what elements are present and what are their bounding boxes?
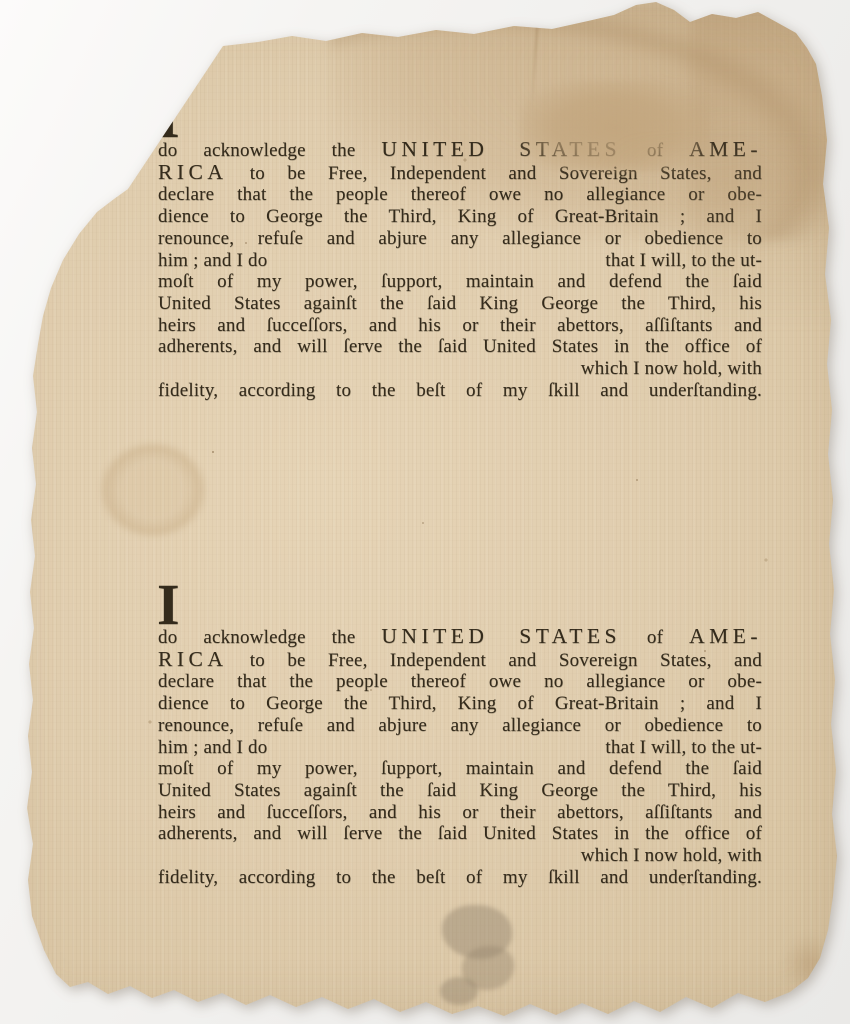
line-2-caps-rica: RICA — [158, 647, 227, 671]
oath-line-8: United States againſt the ſaid King Geor… — [158, 293, 762, 315]
oath-line-10: adherents, and will ſerve the ſaid Unite… — [158, 336, 762, 358]
paper-shadow: I do acknowledge the UNITED STATES of AM… — [0, 0, 850, 1024]
oath-line-7: moſt of my power, ſupport, maintain and … — [158, 758, 762, 780]
line-6-left: him ; and I do — [158, 737, 267, 759]
line-1-pre: do acknowledge the — [158, 627, 355, 648]
line-2-caps-rica: RICA — [158, 160, 227, 184]
line-6-left: him ; and I do — [158, 250, 267, 272]
line-1-mid: of — [647, 627, 663, 648]
oath-line-1: do acknowledge the UNITED STATES of AME- — [158, 626, 762, 649]
oath-line-5: renounce, refuſe and abjure any allegian… — [158, 715, 762, 737]
oath-line-12: fidelity, according to the beſt of my ſk… — [158, 380, 762, 402]
oath-line-12: fidelity, according to the beſt of my ſk… — [158, 867, 762, 889]
oath-line-6: him ; and I dothat I will, to the ut- — [158, 250, 762, 272]
document-paper: I do acknowledge the UNITED STATES of AM… — [0, 0, 850, 1024]
line-1-caps-united-states: UNITED STATES — [381, 624, 621, 648]
oath-line-7: moſt of my power, ſupport, maintain and … — [158, 271, 762, 293]
drop-cap-initial: I — [157, 579, 762, 626]
stain-soft-overlay — [600, 140, 820, 250]
oath-line-10: adherents, and will ſerve the ſaid Unite… — [158, 823, 762, 845]
oath-line-2: RICA to be Free, Independent and Soverei… — [158, 649, 762, 672]
oath-line-11: which I now hold, with — [158, 358, 762, 380]
oath-line-11: which I now hold, with — [158, 845, 762, 867]
oath-block-2: I do acknowledge the UNITED STATES of AM… — [158, 579, 762, 888]
oath-line-8: United States againſt the ſaid King Geor… — [158, 780, 762, 802]
line-6-right: that I will, to the ut- — [605, 250, 762, 272]
line-6-right: that I will, to the ut- — [605, 737, 762, 759]
oath-line-3: declare that the people thereof owe no a… — [158, 671, 762, 693]
oath-line-4: dience to George the Third, King of Grea… — [158, 693, 762, 715]
scanner-bed: I do acknowledge the UNITED STATES of AM… — [0, 0, 850, 1024]
line-1-caps-ame: AME- — [689, 624, 762, 648]
line-1-pre: do acknowledge the — [158, 140, 355, 161]
oath-line-9: heirs and ſucceſſors, and his or their a… — [158, 802, 762, 824]
line-2-rest: to be Free, Independent and Sovereign St… — [250, 650, 762, 671]
oath-line-9: heirs and ſucceſſors, and his or their a… — [158, 315, 762, 337]
oath-line-6: him ; and I dothat I will, to the ut- — [158, 737, 762, 759]
